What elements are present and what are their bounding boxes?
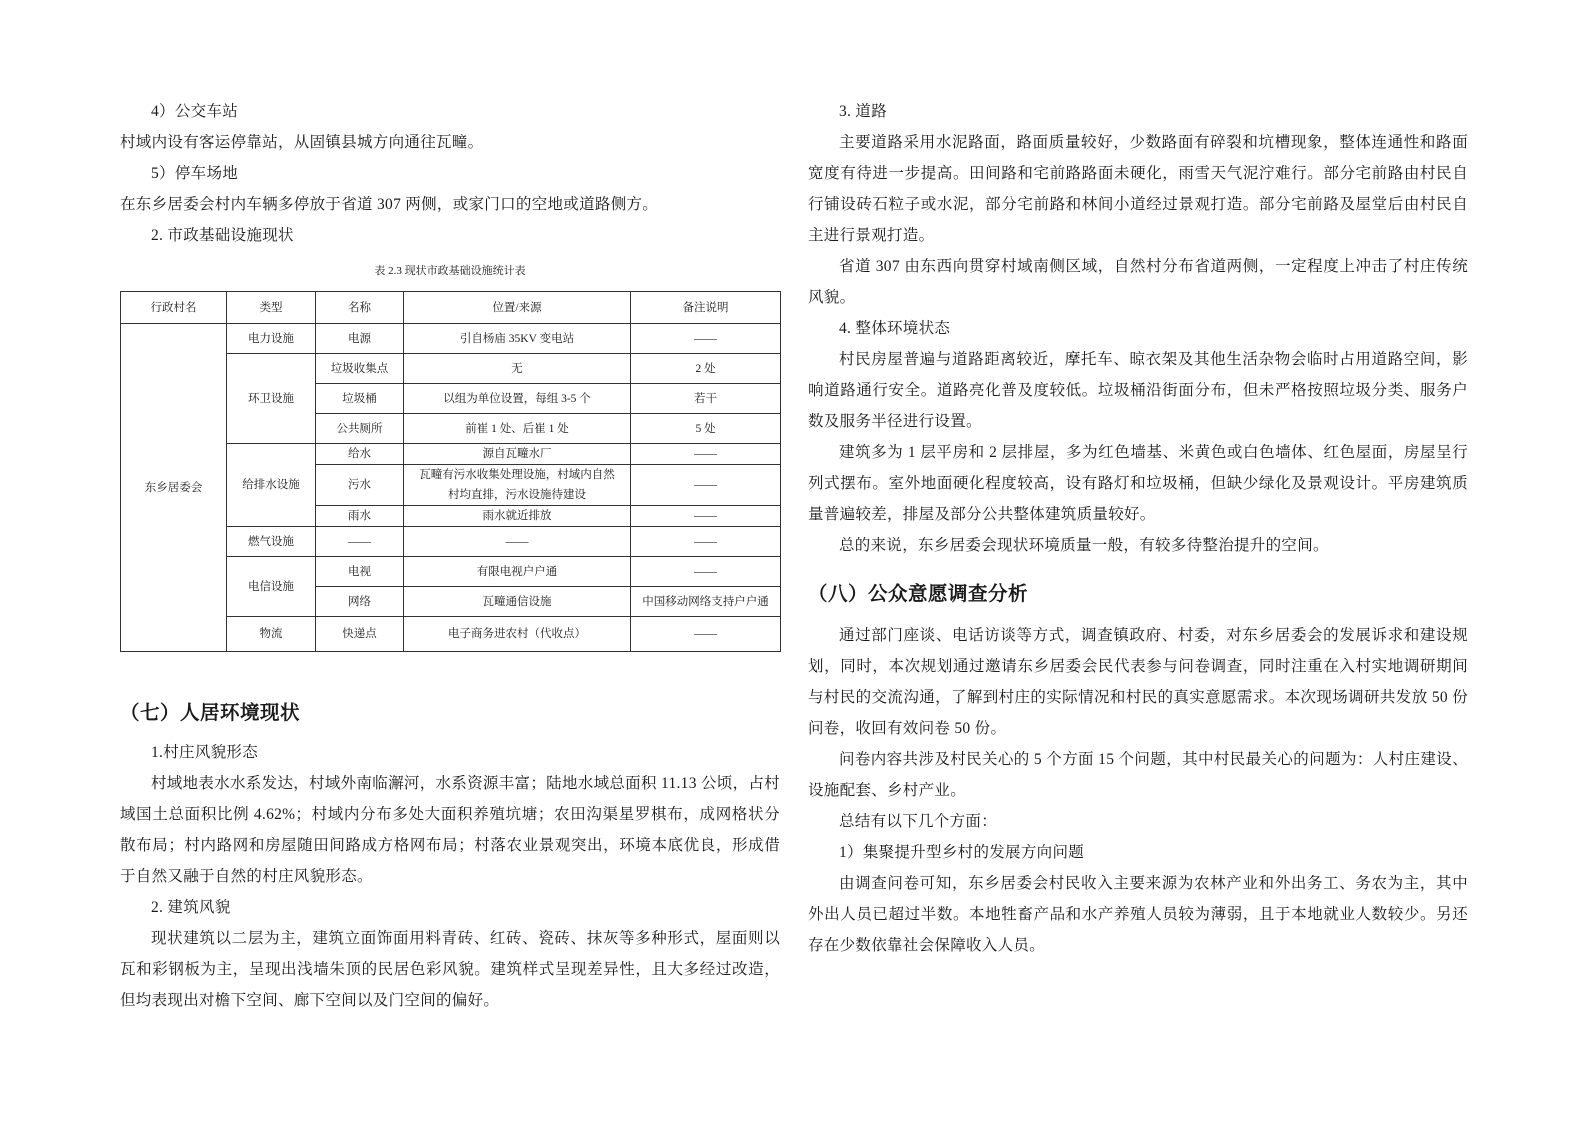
name-cell: 电视 [316, 557, 404, 587]
name-cell: 垃圾收集点 [316, 354, 404, 384]
header-name: 名称 [316, 292, 404, 324]
environment-text-2: 建筑多为 1 层平房和 2 层排屋，多为红色墙基、米黄色或白色墙体、红色屋面，房… [808, 437, 1468, 530]
category-cell: 环卫设施 [227, 354, 316, 444]
village-style-heading: 1.村庄风貌形态 [120, 737, 780, 768]
category-cell: 物流 [227, 617, 316, 652]
roads-heading: 3. 道路 [808, 96, 1468, 127]
name-cell: 给水 [316, 444, 404, 465]
note-cell: —— [631, 444, 781, 465]
source-cell: 无 [404, 354, 631, 384]
survey-summary: 总结有以下几个方面： [808, 806, 1468, 837]
name-cell: 雨水 [316, 506, 404, 527]
roads-text-1: 主要道路采用水泥路面，路面质量较好，少数路面有碎裂和坑槽现象，整体连通性和路面宽… [808, 127, 1468, 251]
roads-text-2: 省道 307 由东西向贯穿村域南侧区域，自然村分布省道两侧，一定程度上冲击了村庄… [808, 251, 1468, 313]
note-cell: 5 处 [631, 414, 781, 444]
header-source: 位置/来源 [404, 292, 631, 324]
environment-text-3: 总的来说，东乡居委会现状环境质量一般，有较多待整治提升的空间。 [808, 530, 1468, 561]
architecture-heading: 2. 建筑风貌 [120, 892, 780, 923]
survey-text-1: 通过部门座谈、电话访谈等方式，调查镇政府、村委，对东乡居委会的发展诉求和建设规划… [808, 620, 1468, 744]
category-cell: 给排水设施 [227, 444, 316, 527]
note-cell: —— [631, 324, 781, 354]
table-caption: 表 2.3 现状市政基础设施统计表 [120, 263, 780, 279]
infrastructure-heading: 2. 市政基础设施现状 [120, 220, 780, 251]
header-village: 行政村名 [121, 292, 227, 324]
name-cell: 网络 [316, 587, 404, 617]
table-row: 东乡居委会 电力设施 电源 引自杨庙 35KV 变电站 —— [121, 324, 781, 354]
source-cell: 以组为单位设置，每组 3-5 个 [404, 384, 631, 414]
source-cell: 瓦疃通信设施 [404, 587, 631, 617]
architecture-text: 现状建筑以二层为主，建筑立面饰面用料青砖、红砖、瓷砖、抹灰等多种形式，屋面则以瓦… [120, 923, 780, 1016]
name-cell: —— [316, 527, 404, 557]
header-type: 类型 [227, 292, 316, 324]
note-cell: —— [631, 617, 781, 652]
name-cell: 快递点 [316, 617, 404, 652]
name-cell: 污水 [316, 465, 404, 506]
name-cell: 垃圾桶 [316, 384, 404, 414]
source-cell: 前崔 1 处、后崔 1 处 [404, 414, 631, 444]
source-cell: 瓦疃有污水收集处理设施，村域内自然村均直排，污水设施待建设 [404, 465, 631, 506]
village-cell: 东乡居委会 [121, 324, 227, 652]
category-cell: 燃气设施 [227, 527, 316, 557]
note-cell: 中国移动网络支持户户通 [631, 587, 781, 617]
note-cell: 2 处 [631, 354, 781, 384]
right-column: 3. 道路 主要道路采用水泥路面，路面质量较好，少数路面有碎裂和坑槽现象，整体连… [808, 96, 1468, 961]
note-cell: —— [631, 557, 781, 587]
table-header-row: 行政村名 类型 名称 位置/来源 备注说明 [121, 292, 781, 324]
source-cell: 有限电视户户通 [404, 557, 631, 587]
note-cell: 若干 [631, 384, 781, 414]
parking-text: 在东乡居委会村内车辆多停放于省道 307 两侧，或家门口的空地或道路侧方。 [120, 189, 780, 220]
bus-station-text: 村域内设有客运停靠站，从固镇县城方向通往瓦疃。 [120, 127, 780, 158]
source-cell: 电子商务进农村（代收点） [404, 617, 631, 652]
name-cell: 公共厕所 [316, 414, 404, 444]
header-note: 备注说明 [631, 292, 781, 324]
source-cell: 雨水就近排放 [404, 506, 631, 527]
section-8-title: （八）公众意愿调查分析 [808, 579, 1468, 610]
village-style-text: 村域地表水水系发达，村域外南临澥河，水系资源丰富；陆地水域总面积 11.13 公… [120, 768, 780, 892]
source-cell: —— [404, 527, 631, 557]
source-cell: 引自杨庙 35KV 变电站 [404, 324, 631, 354]
environment-text-1: 村民房屋普遍与道路距离较近，摩托车、晾衣架及其他生活杂物会临时占用道路空间，影响… [808, 344, 1468, 437]
note-cell: —— [631, 506, 781, 527]
development-direction-heading: 1）集聚提升型乡村的发展方向问题 [808, 837, 1468, 868]
section-7-title: （七）人居环境现状 [120, 698, 780, 729]
bus-station-heading: 4）公交车站 [120, 96, 780, 127]
survey-text-2: 问卷内容共涉及村民关心的 5 个方面 15 个问题，其中村民最关心的问题为：人村… [808, 744, 1468, 806]
infrastructure-table: 行政村名 类型 名称 位置/来源 备注说明 东乡居委会 电力设施 电源 引自杨庙… [120, 291, 781, 652]
category-cell: 电力设施 [227, 324, 316, 354]
note-cell: —— [631, 465, 781, 506]
parking-heading: 5）停车场地 [120, 158, 780, 189]
left-column: 4）公交车站 村域内设有客运停靠站，从固镇县城方向通往瓦疃。 5）停车场地 在东… [120, 96, 780, 1016]
source-cell: 源自瓦疃水厂 [404, 444, 631, 465]
environment-heading: 4. 整体环境状态 [808, 313, 1468, 344]
name-cell: 电源 [316, 324, 404, 354]
category-cell: 电信设施 [227, 557, 316, 617]
survey-text-3: 由调查问卷可知，东乡居委会村民收入主要来源为农林产业和外出务工、务农为主，其中外… [808, 868, 1468, 961]
note-cell: —— [631, 527, 781, 557]
